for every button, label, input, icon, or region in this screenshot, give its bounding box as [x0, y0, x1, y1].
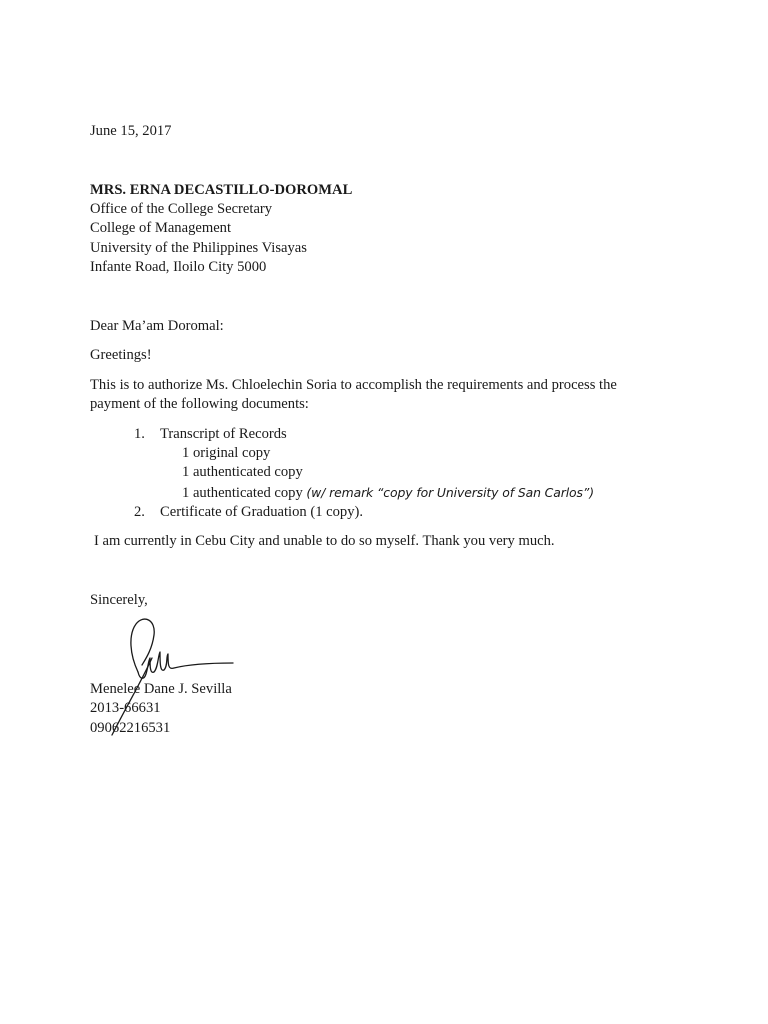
signatory-name: Menelee Dane J. Sevilla	[90, 680, 232, 699]
signatory-phone: 09062216531	[90, 719, 170, 738]
list-item-number: 1.	[134, 425, 160, 444]
letter-date: June 15, 2017	[90, 122, 171, 141]
list-subitem-remark: (w/ remark “copy for University of San C…	[306, 485, 594, 500]
list-subitem-text: 1 authenticated copy	[182, 485, 306, 501]
body-intro-line-1: This is to authorize Ms. Chloelechin Sor…	[90, 376, 617, 395]
list-item: 2.Certificate of Graduation (1 copy).	[134, 503, 363, 522]
list-item-number: 2.	[134, 503, 160, 522]
list-item-label: Transcript of Records	[160, 426, 287, 442]
recipient-line-address: Infante Road, Iloilo City 5000	[90, 258, 266, 277]
recipient-line-university: University of the Philippines Visayas	[90, 239, 307, 258]
list-subitem: 1 authenticated copy (w/ remark “copy fo…	[182, 483, 594, 503]
list-item: 1.Transcript of Records	[134, 425, 287, 444]
valediction: Sincerely,	[90, 591, 148, 610]
list-subitem: 1 original copy	[182, 444, 270, 463]
body-intro-line-2: payment of the following documents:	[90, 395, 309, 414]
signatory-student-number: 2013-66631	[90, 699, 161, 718]
recipient-line-office: Office of the College Secretary	[90, 200, 272, 219]
greeting: Greetings!	[90, 346, 152, 365]
recipient-name: MRS. ERNA DECASTILLO-DOROMAL	[90, 181, 352, 200]
list-item-label: Certificate of Graduation (1 copy).	[160, 504, 363, 520]
closing-note: I am currently in Cebu City and unable t…	[94, 532, 555, 551]
recipient-line-college: College of Management	[90, 219, 231, 238]
salutation: Dear Ma’am Doromal:	[90, 317, 224, 336]
list-subitem: 1 authenticated copy	[182, 463, 303, 482]
